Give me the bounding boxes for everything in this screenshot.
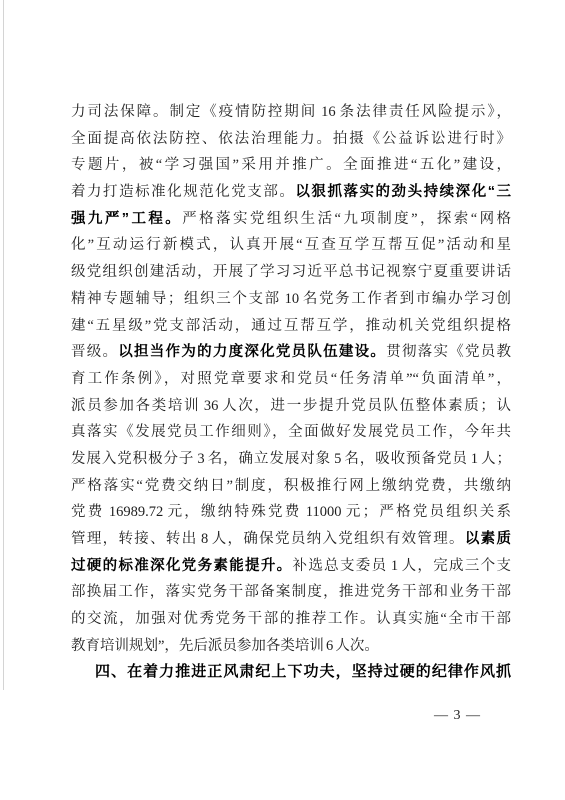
text-line: 过硬的标准深化党务素能提升。补选总支委员 1 人，完成三个支 bbox=[71, 553, 511, 580]
text-segment: 晋级。 bbox=[71, 344, 118, 360]
text-line: 发展入党积极分子 3 名，确立发展对象 5 名，吸收预备党员 1 人； bbox=[71, 446, 511, 473]
text-segment: 严格落实“党费交纳日”制度，积极推行网上缴纳党费，共缴纳 bbox=[71, 478, 511, 494]
bold-text-segment: 四、在着力推进正风肃纪上下功夫，坚持过硬的纪律作风抓 bbox=[95, 663, 511, 680]
bold-text-segment: 以狠抓落实的劲头持续深化“三 bbox=[295, 184, 511, 200]
text-segment: 育工作条例》，对照党章要求和党员“任务清单”“负面清单”， bbox=[71, 371, 511, 387]
text-line: 教育培训规划”，先后派员参加各类培训 6 人次。 bbox=[71, 633, 511, 660]
text-segment: 着力打造标准化规范化党支部。 bbox=[71, 184, 295, 200]
text-line: 专题片，被“学习强国”采用并推广。全面推进“五化”建设， bbox=[71, 152, 511, 179]
text-line: 部换届工作，落实党务干部备案制度，推进党务干部和业务干部 bbox=[71, 579, 511, 606]
section-heading-line: 四、在着力推进正风肃纪上下功夫，坚持过硬的纪律作风抓 bbox=[71, 659, 511, 686]
text-line: 精神专题辅导；组织三个支部 10 名党务工作者到市编办学习创 bbox=[71, 286, 511, 313]
text-segment: 精神专题辅导；组织三个支部 10 名党务工作者到市编办学习创 bbox=[71, 291, 511, 307]
text-segment: 补选总支委员 1 人，完成三个支 bbox=[293, 558, 512, 574]
bold-text-segment: 以素质 bbox=[465, 531, 511, 547]
text-segment: 管理，转接、转出 8 人，确保党员纳入党组织有效管理。 bbox=[71, 531, 465, 547]
bold-text-segment: 以担当作为的力度深化党员队伍建设。 bbox=[118, 344, 386, 360]
document-body: 力司法保障。制定《疫情防控期间 16 条法律责任风险提示》，全面提高依法防控、依… bbox=[71, 99, 511, 686]
text-line: 全面提高依法防控、依法治理能力。拍摄《公益诉讼进行时》 bbox=[71, 126, 511, 153]
text-line: 派员参加各类培训 36 人次，进一步提升党员队伍整体素质；认 bbox=[71, 393, 511, 420]
text-segment: 的交流，加强对优秀党务干部的推荐工作。认真实施“全市干部 bbox=[71, 611, 511, 627]
text-segment: 力司法保障。制定《疫情防控期间 16 条法律责任风险提示》， bbox=[71, 104, 511, 120]
text-segment: 全面提高依法防控、依法治理能力。拍摄《公益诉讼进行时》 bbox=[71, 131, 511, 147]
text-segment: 化”互动运行新模式，认真开展“互查互学互帮互促”活动和星 bbox=[71, 237, 511, 253]
text-line: 真落实《发展党员工作细则》，全面做好发展党员工作，今年共 bbox=[71, 419, 511, 446]
text-line: 的交流，加强对优秀党务干部的推荐工作。认真实施“全市干部 bbox=[71, 606, 511, 633]
text-segment: 贯彻落实《党员教 bbox=[386, 344, 511, 360]
bold-text-segment: 过硬的标准深化党务素能提升。 bbox=[71, 558, 293, 574]
text-segment: 严格落实党组织生活“九项制度”，探索“网格 bbox=[182, 211, 511, 227]
text-line: 党费 16989.72 元，缴纳特殊党费 11000 元；严格党员组织关系 bbox=[71, 499, 511, 526]
text-segment: 建“五星级”党支部活动，通过互帮互学，推动机关党组织提格 bbox=[71, 318, 511, 334]
text-line: 管理，转接、转出 8 人，确保党员纳入党组织有效管理。以素质 bbox=[71, 526, 511, 553]
text-line: 力司法保障。制定《疫情防控期间 16 条法律责任风险提示》， bbox=[71, 99, 511, 126]
text-line: 晋级。以担当作为的力度深化党员队伍建设。贯彻落实《党员教 bbox=[71, 339, 511, 366]
text-segment: 党费 16989.72 元，缴纳特殊党费 11000 元；严格党员组织关系 bbox=[71, 504, 511, 520]
text-line: 严格落实“党费交纳日”制度，积极推行网上缴纳党费，共缴纳 bbox=[71, 473, 511, 500]
text-segment: 发展入党积极分子 3 名，确立发展对象 5 名，吸收预备党员 1 人； bbox=[71, 451, 511, 467]
text-segment: 教育培训规划”，先后派员参加各类培训 6 人次。 bbox=[71, 638, 379, 654]
text-line: 育工作条例》，对照党章要求和党员“任务清单”“负面清单”， bbox=[71, 366, 511, 393]
bold-text-segment: 强九严”工程。 bbox=[71, 211, 182, 227]
text-segment: 专题片，被“学习强国”采用并推广。全面推进“五化”建设， bbox=[71, 157, 511, 173]
text-line: 着力打造标准化规范化党支部。以狠抓落实的劲头持续深化“三 bbox=[71, 179, 511, 206]
document-page: 力司法保障。制定《疫情防控期间 16 条法律责任风险提示》，全面提高依法防控、依… bbox=[0, 0, 565, 800]
text-line: 建“五星级”党支部活动，通过互帮互学，推动机关党组织提格 bbox=[71, 313, 511, 340]
text-line: 级党组织创建活动，开展了学习习近平总书记视察宁夏重要讲话 bbox=[71, 259, 511, 286]
text-segment: 部换届工作，落实党务干部备案制度，推进党务干部和业务干部 bbox=[71, 584, 511, 600]
text-line: 强九严”工程。严格落实党组织生活“九项制度”，探索“网格 bbox=[71, 206, 511, 233]
text-segment: 真落实《发展党员工作细则》，全面做好发展党员工作，今年共 bbox=[71, 424, 511, 440]
text-segment: 派员参加各类培训 36 人次，进一步提升党员队伍整体素质；认 bbox=[71, 398, 511, 414]
text-line: 化”互动运行新模式，认真开展“互查互学互帮互促”活动和星 bbox=[71, 232, 511, 259]
text-segment: 级党组织创建活动，开展了学习习近平总书记视察宁夏重要讲话 bbox=[71, 264, 511, 280]
scan-edge-line bbox=[3, 0, 4, 690]
page-number: — 3 — bbox=[434, 708, 481, 724]
